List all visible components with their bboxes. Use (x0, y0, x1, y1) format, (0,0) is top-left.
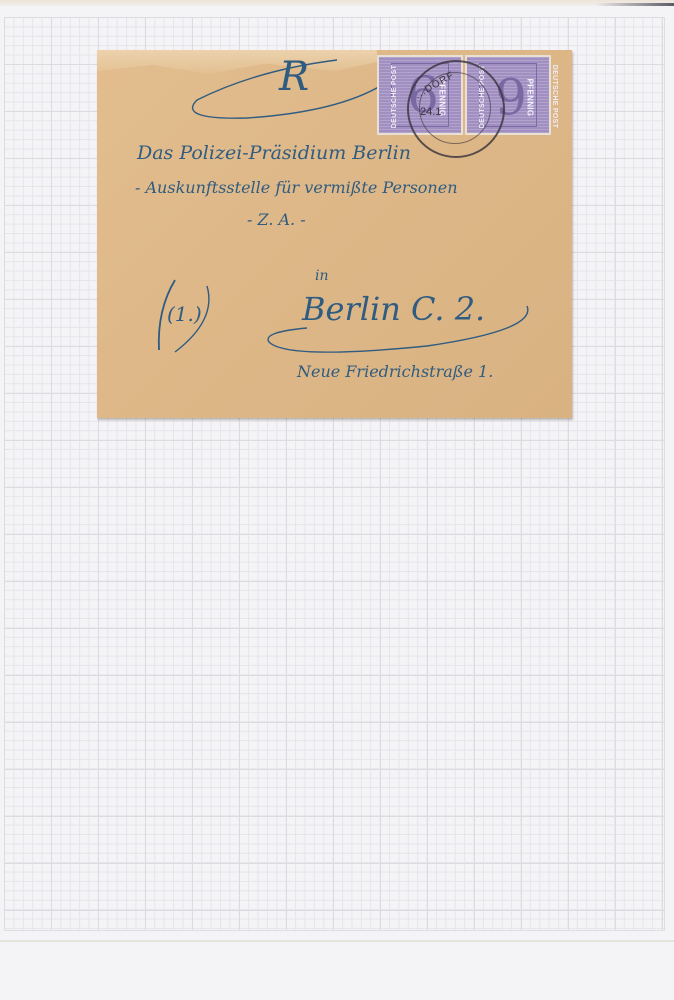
postmark-date: 24.1 (420, 106, 441, 118)
stamp-2-denomination: PFENNIG (525, 79, 534, 117)
stamp-2-right-text: DEUTSCHE POST (551, 65, 558, 128)
address-line-1: Das Polizei-Präsidium Berlin (137, 142, 411, 164)
page-top-edge (0, 0, 674, 6)
address-line-2: - Auskunftsstelle für vermißte Personen (135, 178, 458, 197)
left-mark: (1.) (167, 302, 202, 326)
stamp-1-left-text: DEUTSCHE POST (391, 65, 398, 128)
address-line-3: - Z. A. - (247, 210, 306, 229)
city-line: Berlin C. 2. (302, 290, 485, 328)
scan-edge-shadow (595, 3, 674, 6)
envelope-cover: R Das Polizei-Präsidium Berlin - Auskunf… (97, 50, 572, 418)
street-line: Neue Friedrichstraße 1. (297, 362, 493, 381)
page-bottom-rule (0, 940, 674, 942)
in-label: in (315, 268, 329, 284)
registered-mark: R (279, 54, 309, 100)
